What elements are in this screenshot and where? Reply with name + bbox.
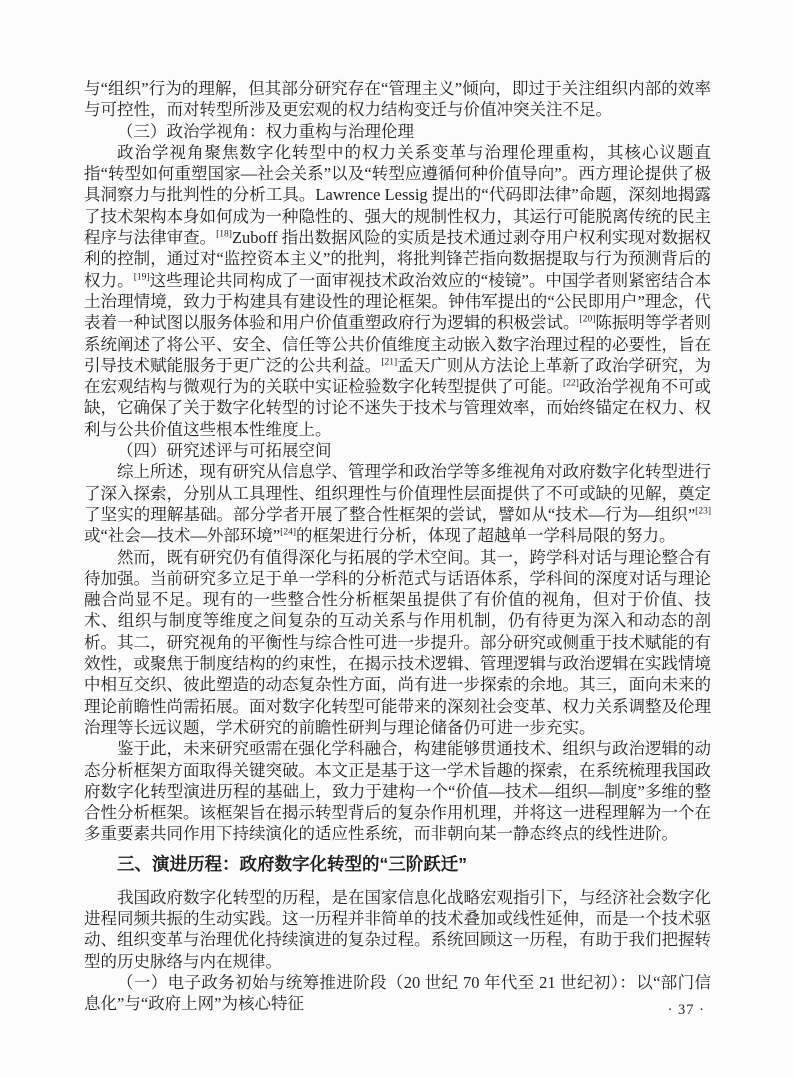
paragraph: 鉴于此，未来研究亟需在强化学科融合，构建能够贯通技术、组织与政治逻辑的动态分析框… — [84, 738, 711, 844]
paragraph: 政治学视角聚焦数字化转型中的权力关系变革与治理伦理重构，其核心议题直指“转型如何… — [84, 142, 711, 440]
citation-ref: [24] — [280, 528, 296, 538]
document-page: 与“组织”行为的理解，但其部分研究存在“管理主义”倾向，即过于关注组织内部的效率… — [0, 0, 793, 1077]
paragraph: （四）研究述评与可拓展空间 — [84, 440, 711, 461]
paragraph: 然而，既有研究仍有值得深化与拓展的学术空间。其一，跨学科对话与理论整合有待加强。… — [84, 547, 711, 739]
page-number: · 37 · — [668, 1001, 705, 1019]
citation-ref: [20] — [580, 315, 596, 325]
citation-ref: [21] — [381, 357, 397, 367]
paragraph: （三）政治学视角：权力重构与治理伦理 — [84, 121, 711, 142]
paragraph: 我国政府数字化转型的历程，是在国家信息化战略宏观指引下，与经济社会数字化进程同频… — [84, 887, 711, 972]
section-heading: 三、演进历程：政府数字化转型的“三阶跃迁” — [84, 853, 711, 875]
paragraph: （一）电子政务初始与统筹推进阶段（20 世纪 70 年代至 21 世纪初）：以“… — [84, 972, 711, 1015]
citation-ref: [22] — [563, 379, 579, 389]
citation-ref: [19] — [134, 272, 150, 282]
page-text-column: 与“组织”行为的理解，但其部分研究存在“管理主义”倾向，即过于关注组织内部的效率… — [84, 78, 711, 1014]
paragraph: 综上所述，现有研究从信息学、管理学和政治学等多维视角对政府数字化转型进行了深入探… — [84, 461, 711, 546]
citation-ref: [23] — [695, 506, 711, 516]
citation-ref: [18] — [216, 230, 232, 240]
paragraph: 与“组织”行为的理解，但其部分研究存在“管理主义”倾向，即过于关注组织内部的效率… — [84, 78, 711, 121]
